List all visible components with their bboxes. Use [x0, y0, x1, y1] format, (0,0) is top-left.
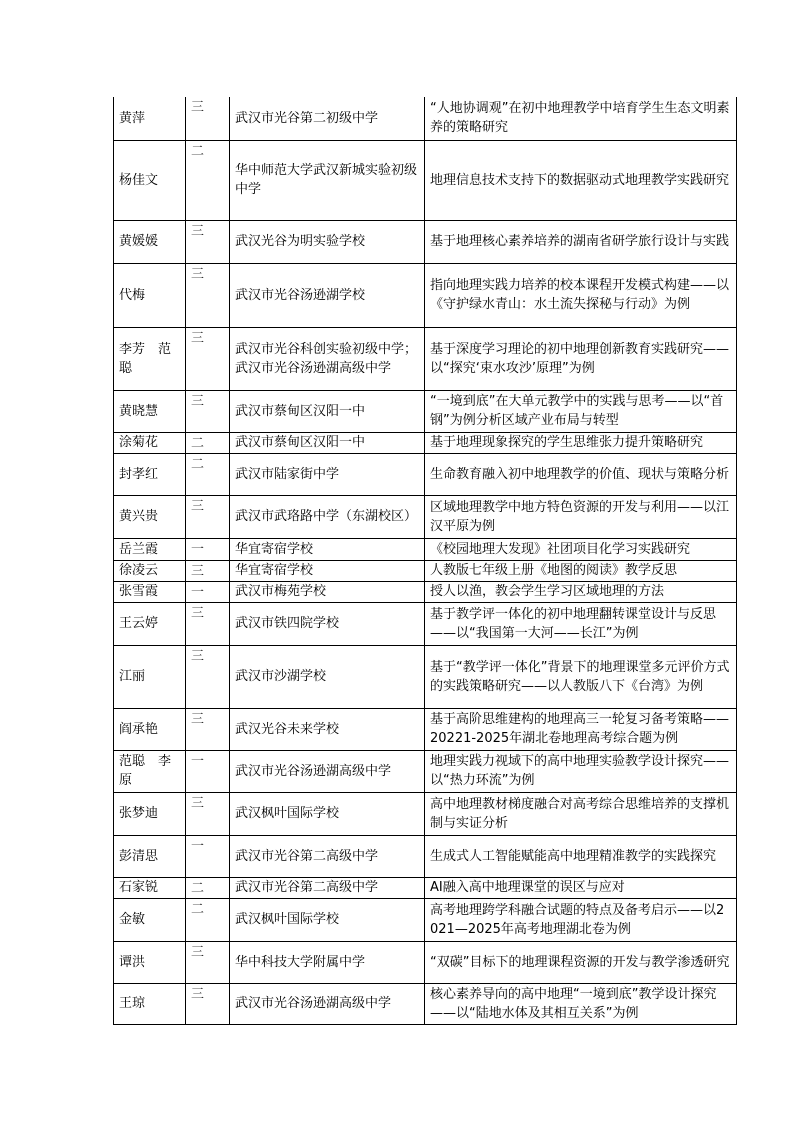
name-cell: 黄兴贵 [114, 495, 186, 538]
name-cell: 徐凌云 [114, 560, 186, 581]
paper-title-cell: 基于深度学习理论的初中地理创新教育实践研究——以“探究‘束水攻沙’原理”为例 [425, 327, 737, 390]
name-cell: 王琼 [114, 983, 186, 1024]
name-cell: 王云婷 [114, 602, 186, 645]
paper-title-cell: “一境到底”在大单元教学中的实践与思考——以“首钢”为例分析区域产业布局与转型 [425, 390, 737, 432]
award-level-cell: 三 [186, 495, 230, 538]
school-cell: 武汉市蔡甸区汉阳一中 [230, 390, 425, 432]
award-level-cell: 二 [186, 898, 230, 941]
school-cell: 武汉市梅苑学校 [230, 581, 425, 602]
school-cell: 武汉市光谷第二初级中学 [230, 97, 425, 140]
table-row: 张梦迪三武汉枫叶国际学校高中地理教材梯度融合对高考综合思维培养的支撑机制与实证分… [114, 792, 737, 835]
table-row: 黄媛媛三武汉光谷为明实验学校基于地理核心素养培养的湖南省研学旅行设计与实践 [114, 220, 737, 263]
name-cell: 张梦迪 [114, 792, 186, 835]
name-cell: 涂菊花 [114, 432, 186, 453]
school-cell: 武汉市光谷第二高级中学 [230, 877, 425, 898]
paper-title-cell: 地理信息技术支持下的数据驱动式地理教学实践研究 [425, 140, 737, 220]
award-level-cell: 二 [186, 432, 230, 453]
table-row: 李芳 范聪三武汉市光谷科创实验初级中学；武汉市光谷汤逊湖高级中学基于深度学习理论… [114, 327, 737, 390]
award-level-cell: 一 [186, 581, 230, 602]
paper-title-cell: 地理实践力视域下的高中地理实验教学设计探究——以“热力环流”为例 [425, 750, 737, 792]
school-cell: 华中师范大学武汉新城实验初级中学 [230, 140, 425, 220]
award-level-cell: 三 [186, 645, 230, 708]
award-level-cell: 三 [186, 941, 230, 983]
table-row: 黄晓慧三武汉市蔡甸区汉阳一中“一境到底”在大单元教学中的实践与思考——以“首钢”… [114, 390, 737, 432]
table-row: 彭清思一武汉市光谷第二高级中学生成式人工智能赋能高中地理精准教学的实践探究 [114, 835, 737, 877]
paper-title-cell: 基于教学评一体化的初中地理翻转课堂设计与反思——以“我国第一大河——长江”为例 [425, 602, 737, 645]
award-level-cell: 三 [186, 327, 230, 390]
table-row: 谭洪三华中科技大学附属中学“双碳”目标下的地理课程资源的开发与教学渗透研究 [114, 941, 737, 983]
name-cell: 李芳 范聪 [114, 327, 186, 390]
award-level-cell: 二 [186, 453, 230, 495]
table-row: 江丽三武汉市沙湖学校基于“教学评一体化”背景下的地理课堂多元评价方式的实践策略研… [114, 645, 737, 708]
table-row: 金敏二武汉枫叶国际学校高考地理跨学科融合试题的特点及备考启示——以2021—20… [114, 898, 737, 941]
table-row: 王云婷三武汉市铁四院学校基于教学评一体化的初中地理翻转课堂设计与反思——以“我国… [114, 602, 737, 645]
paper-title-cell: 基于地理核心素养培养的湖南省研学旅行设计与实践 [425, 220, 737, 263]
award-level-cell: 三 [186, 560, 230, 581]
table-row: 黄兴贵三武汉市武珞路中学（东湖校区）区域地理教学中地方特色资源的开发与利用——以… [114, 495, 737, 538]
name-cell: 范聪 李原 [114, 750, 186, 792]
award-level-cell: 三 [186, 390, 230, 432]
school-cell: 武汉市光谷汤逊湖高级中学 [230, 983, 425, 1024]
table-row: 杨佳文二华中师范大学武汉新城实验初级中学地理信息技术支持下的数据驱动式地理教学实… [114, 140, 737, 220]
school-cell: 武汉市光谷第二高级中学 [230, 835, 425, 877]
paper-title-cell: 高中地理教材梯度融合对高考综合思维培养的支撑机制与实证分析 [425, 792, 737, 835]
name-cell: 岳兰霞 [114, 538, 186, 560]
name-cell: 张雪霞 [114, 581, 186, 602]
paper-title-cell: 授人以渔，教会学生学习区域地理的方法 [425, 581, 737, 602]
table-row: 岳兰霞一华宜寄宿学校《校园地理大发现》社团项目化学习实践研究 [114, 538, 737, 560]
award-level-cell: 二 [186, 877, 230, 898]
paper-title-cell: 生命教育融入初中地理教学的价值、现状与策略分析 [425, 453, 737, 495]
school-cell: 武汉光谷未来学校 [230, 708, 425, 750]
paper-title-cell: 基于高阶思维建构的地理高三一轮复习备考策略——20221-2025年湖北卷地理高… [425, 708, 737, 750]
table-row: 徐凌云三华宜寄宿学校人教版七年级上册《地图的阅读》教学反思 [114, 560, 737, 581]
school-cell: 武汉枫叶国际学校 [230, 898, 425, 941]
school-cell: 武汉市光谷科创实验初级中学；武汉市光谷汤逊湖高级中学 [230, 327, 425, 390]
school-cell: 武汉市陆家街中学 [230, 453, 425, 495]
table-row: 石家锐二武汉市光谷第二高级中学AI融入高中地理课堂的误区与应对 [114, 877, 737, 898]
school-cell: 武汉市武珞路中学（东湖校区） [230, 495, 425, 538]
school-cell: 武汉市蔡甸区汉阳一中 [230, 432, 425, 453]
school-cell: 华宜寄宿学校 [230, 538, 425, 560]
name-cell: 石家锐 [114, 877, 186, 898]
award-level-cell: 一 [186, 538, 230, 560]
award-level-cell: 三 [186, 708, 230, 750]
table-row: 涂菊花二武汉市蔡甸区汉阳一中基于地理现象探究的学生思维张力提升策略研究 [114, 432, 737, 453]
school-cell: 华宜寄宿学校 [230, 560, 425, 581]
name-cell: 黄媛媛 [114, 220, 186, 263]
award-list-table: 黄萍三武汉市光谷第二初级中学“人地协调观”在初中地理教学中培育学生生态文明素养的… [113, 97, 737, 1025]
table-row: 张雪霞一武汉市梅苑学校授人以渔，教会学生学习区域地理的方法 [114, 581, 737, 602]
school-cell: 武汉市沙湖学校 [230, 645, 425, 708]
award-level-cell: 一 [186, 750, 230, 792]
name-cell: 黄晓慧 [114, 390, 186, 432]
school-cell: 武汉市光谷汤逊湖学校 [230, 263, 425, 327]
name-cell: 杨佳文 [114, 140, 186, 220]
paper-title-cell: 区域地理教学中地方特色资源的开发与利用——以江汉平原为例 [425, 495, 737, 538]
table-row: 王琼三武汉市光谷汤逊湖高级中学核心素养导向的高中地理“一境到底”教学设计探究——… [114, 983, 737, 1024]
table-row: 代梅三武汉市光谷汤逊湖学校指向地理实践力培养的校本课程开发模式构建——以《守护绿… [114, 263, 737, 327]
paper-title-cell: 基于地理现象探究的学生思维张力提升策略研究 [425, 432, 737, 453]
paper-title-cell: 高考地理跨学科融合试题的特点及备考启示——以2021—2025年高考地理湖北卷为… [425, 898, 737, 941]
school-cell: 华中科技大学附属中学 [230, 941, 425, 983]
school-cell: 武汉枫叶国际学校 [230, 792, 425, 835]
table-row: 阎承艳三武汉光谷未来学校基于高阶思维建构的地理高三一轮复习备考策略——20221… [114, 708, 737, 750]
paper-title-cell: 《校园地理大发现》社团项目化学习实践研究 [425, 538, 737, 560]
table-body: 黄萍三武汉市光谷第二初级中学“人地协调观”在初中地理教学中培育学生生态文明素养的… [114, 97, 737, 1024]
paper-title-cell: 生成式人工智能赋能高中地理精准教学的实践探究 [425, 835, 737, 877]
award-level-cell: 一 [186, 835, 230, 877]
name-cell: 谭洪 [114, 941, 186, 983]
award-level-cell: 三 [186, 97, 230, 140]
paper-title-cell: 核心素养导向的高中地理“一境到底”教学设计探究——以“陆地水体及其相互关系”为例 [425, 983, 737, 1024]
award-level-cell: 三 [186, 263, 230, 327]
school-cell: 武汉光谷为明实验学校 [230, 220, 425, 263]
paper-title-cell: 基于“教学评一体化”背景下的地理课堂多元评价方式的实践策略研究——以人教版八下《… [425, 645, 737, 708]
school-cell: 武汉市铁四院学校 [230, 602, 425, 645]
name-cell: 金敏 [114, 898, 186, 941]
table-row: 封孝红二武汉市陆家街中学生命教育融入初中地理教学的价值、现状与策略分析 [114, 453, 737, 495]
table-row: 黄萍三武汉市光谷第二初级中学“人地协调观”在初中地理教学中培育学生生态文明素养的… [114, 97, 737, 140]
name-cell: 代梅 [114, 263, 186, 327]
paper-title-cell: “人地协调观”在初中地理教学中培育学生生态文明素养的策略研究 [425, 97, 737, 140]
school-cell: 武汉市光谷汤逊湖高级中学 [230, 750, 425, 792]
award-level-cell: 二 [186, 140, 230, 220]
award-level-cell: 三 [186, 983, 230, 1024]
paper-title-cell: 指向地理实践力培养的校本课程开发模式构建——以《守护绿水青山：水土流失探秘与行动… [425, 263, 737, 327]
name-cell: 黄萍 [114, 97, 186, 140]
name-cell: 江丽 [114, 645, 186, 708]
name-cell: 彭清思 [114, 835, 186, 877]
paper-title-cell: AI融入高中地理课堂的误区与应对 [425, 877, 737, 898]
table-row: 范聪 李原一武汉市光谷汤逊湖高级中学地理实践力视域下的高中地理实验教学设计探究—… [114, 750, 737, 792]
paper-title-cell: 人教版七年级上册《地图的阅读》教学反思 [425, 560, 737, 581]
paper-title-cell: “双碳”目标下的地理课程资源的开发与教学渗透研究 [425, 941, 737, 983]
name-cell: 封孝红 [114, 453, 186, 495]
award-level-cell: 三 [186, 792, 230, 835]
award-level-cell: 三 [186, 220, 230, 263]
award-level-cell: 三 [186, 602, 230, 645]
name-cell: 阎承艳 [114, 708, 186, 750]
